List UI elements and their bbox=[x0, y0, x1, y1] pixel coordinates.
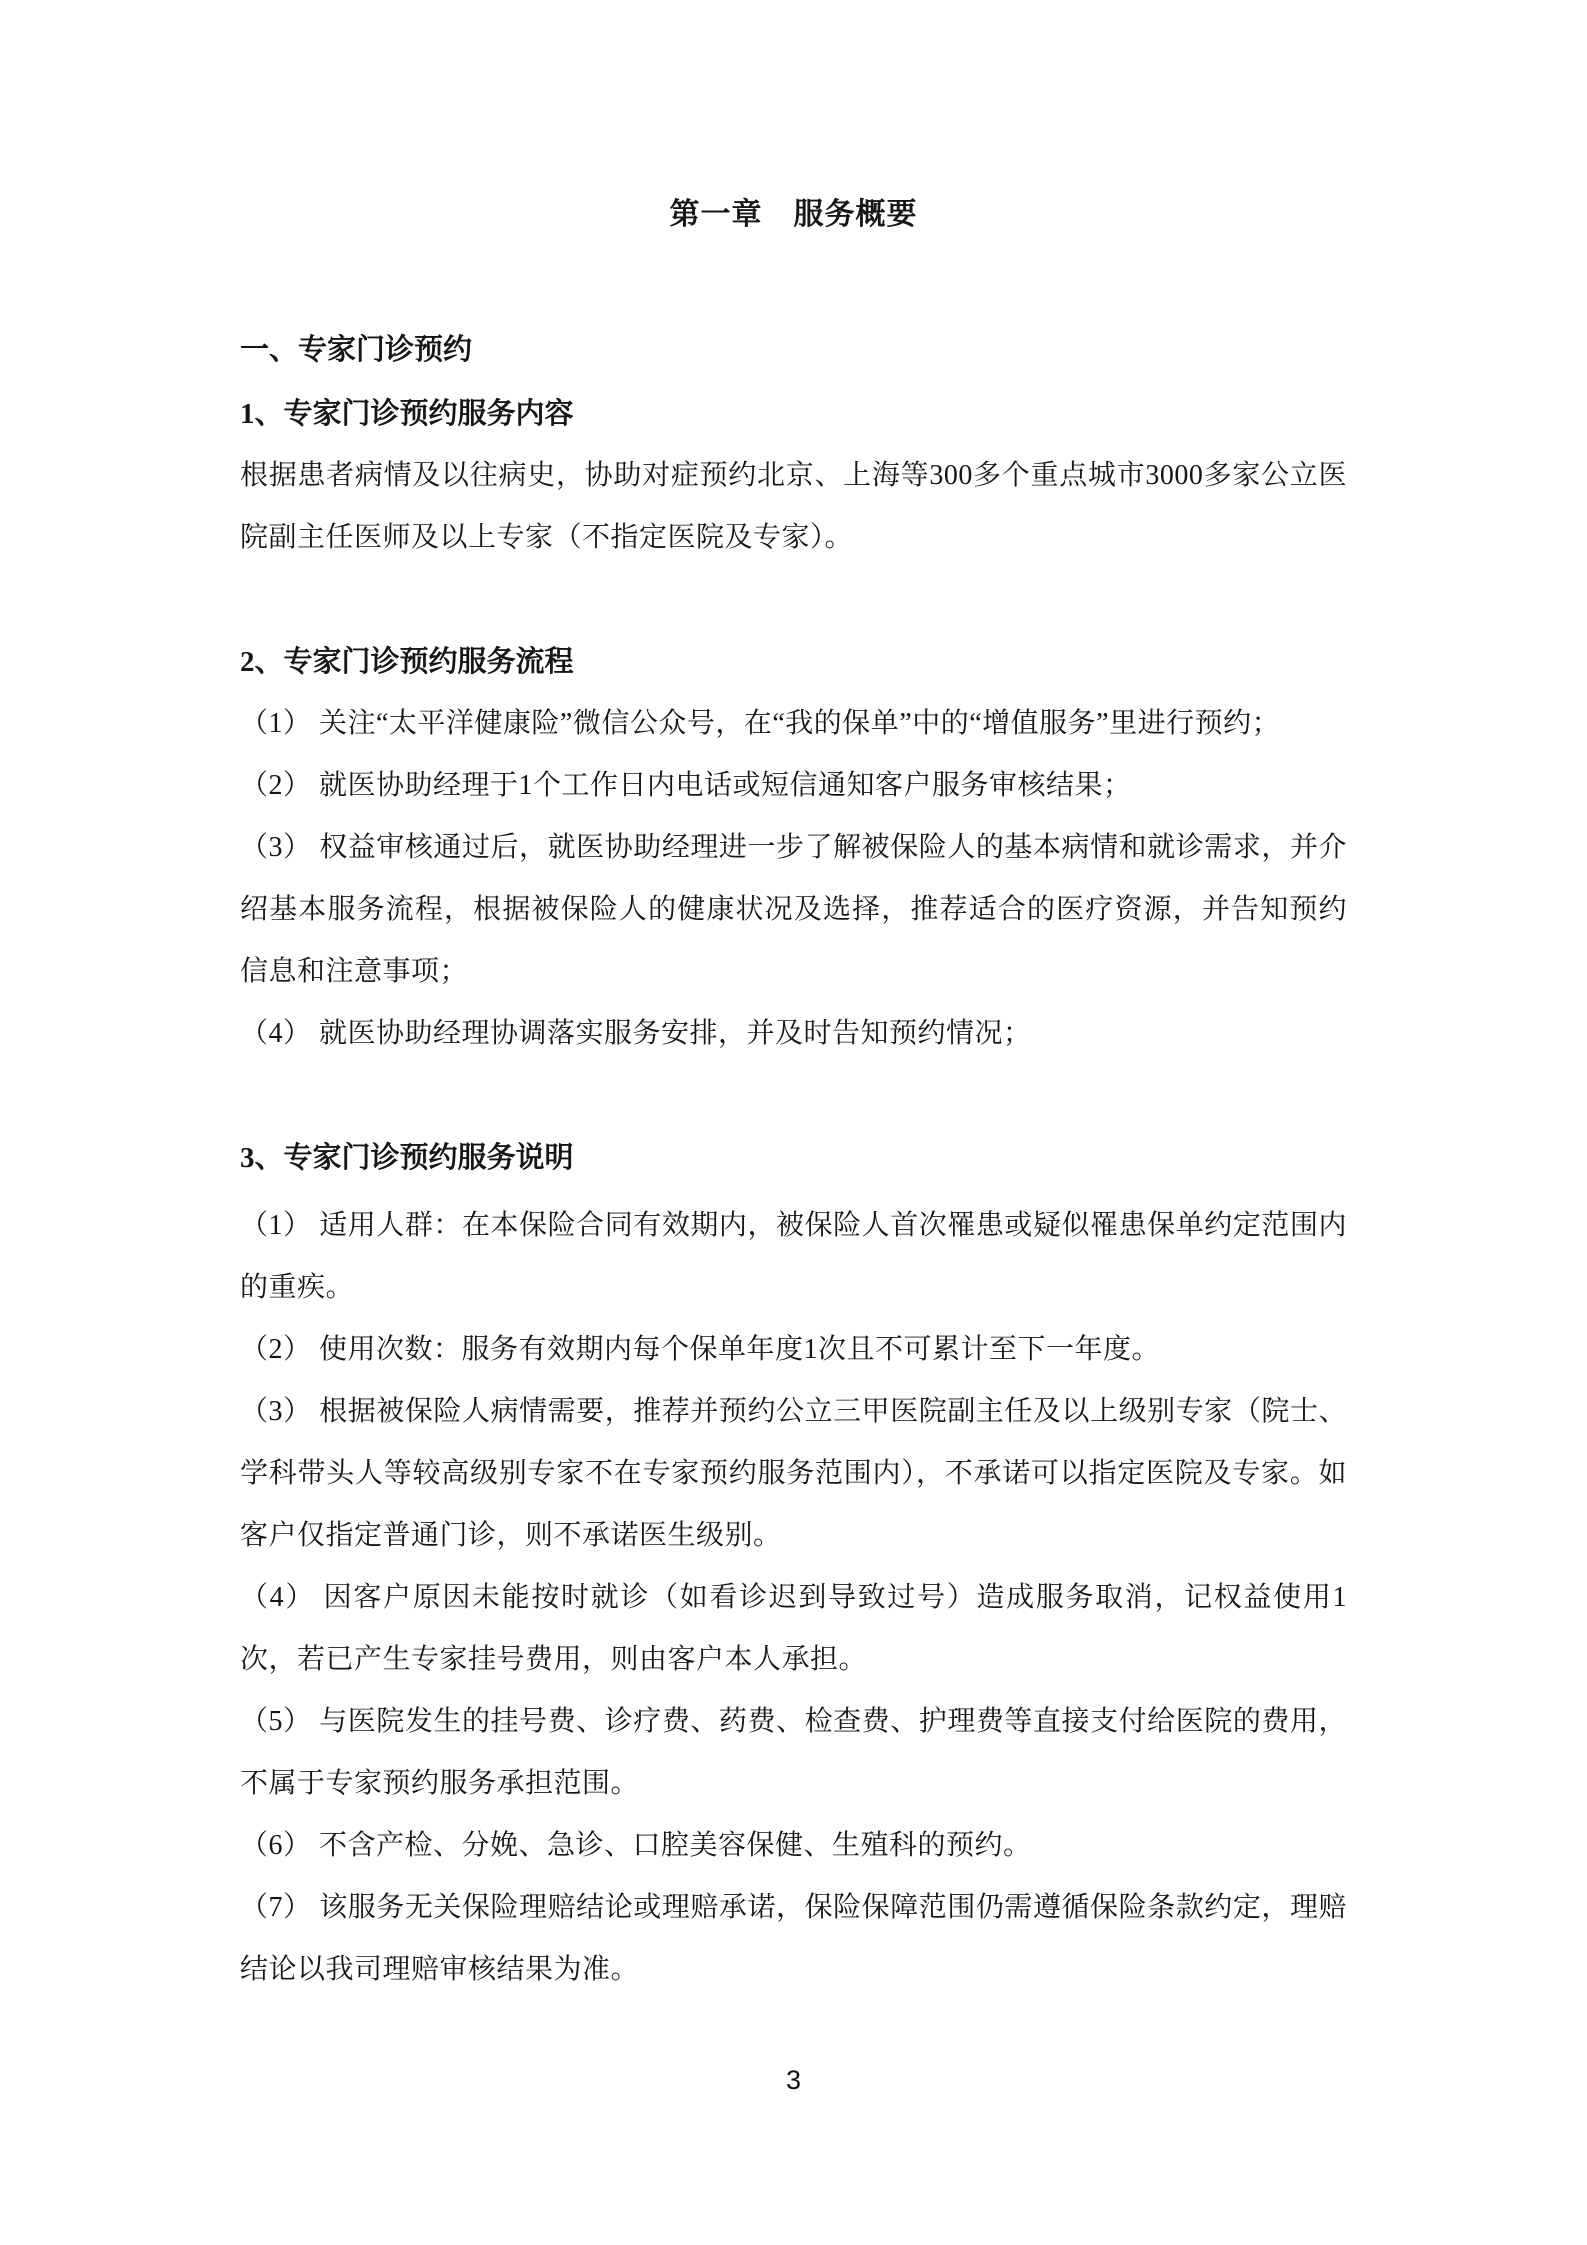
list-item: （4） 因客户原因未能按时就诊（如看诊迟到导致过号）造成服务取消，记权益使用1次… bbox=[240, 1567, 1347, 1691]
subsection-1-heading: 1、专家门诊预约服务内容 bbox=[240, 383, 1347, 445]
chapter-title: 第一章 服务概要 bbox=[240, 184, 1347, 246]
page-number: 3 bbox=[0, 2062, 1587, 2098]
list-item: （1） 关注“太平洋健康险”微信公众号，在“我的保单”中的“增值服务”里进行预约… bbox=[240, 693, 1347, 755]
list-item: （5） 与医院发生的挂号费、诊疗费、药费、检查费、护理费等直接支付给医院的费用，… bbox=[240, 1691, 1347, 1815]
subsection-2-list: （1） 关注“太平洋健康险”微信公众号，在“我的保单”中的“增值服务”里进行预约… bbox=[240, 693, 1347, 1065]
list-item: （1） 适用人群：在本保险合同有效期内，被保险人首次罹患或疑似罹患保单约定范围内… bbox=[240, 1195, 1347, 1319]
list-item: （2） 使用次数：服务有效期内每个保单年度1次且不可累计至下一年度。 bbox=[240, 1319, 1347, 1381]
document-page: 第一章 服务概要 一、专家门诊预约 1、专家门诊预约服务内容 根据患者病情及以往… bbox=[0, 0, 1587, 2245]
list-item: （7） 该服务无关保险理赔结论或理赔承诺，保险保障范围仍需遵循保险条款约定，理赔… bbox=[240, 1877, 1347, 2001]
page-content: 第一章 服务概要 一、专家门诊预约 1、专家门诊预约服务内容 根据患者病情及以往… bbox=[0, 0, 1587, 2001]
list-item: （2） 就医协助经理于1个工作日内电话或短信通知客户服务审核结果； bbox=[240, 755, 1347, 817]
section-heading: 一、专家门诊预约 bbox=[240, 319, 1347, 381]
subsection-2-heading: 2、专家门诊预约服务流程 bbox=[240, 631, 1347, 693]
subsection-1-paragraph: 根据患者病情及以往病史，协助对症预约北京、上海等300多个重点城市3000多家公… bbox=[240, 445, 1347, 569]
list-item: （3） 权益审核通过后，就医协助经理进一步了解被保险人的基本病情和就诊需求，并介… bbox=[240, 817, 1347, 1003]
subsection-3-heading: 3、专家门诊预约服务说明 bbox=[240, 1127, 1347, 1189]
list-item: （4） 就医协助经理协调落实服务安排，并及时告知预约情况； bbox=[240, 1003, 1347, 1065]
list-item: （6） 不含产检、分娩、急诊、口腔美容保健、生殖科的预约。 bbox=[240, 1815, 1347, 1877]
subsection-3-list: （1） 适用人群：在本保险合同有效期内，被保险人首次罹患或疑似罹患保单约定范围内… bbox=[240, 1195, 1347, 2001]
list-item: （3） 根据被保险人病情需要，推荐并预约公立三甲医院副主任及以上级别专家（院士、… bbox=[240, 1381, 1347, 1567]
